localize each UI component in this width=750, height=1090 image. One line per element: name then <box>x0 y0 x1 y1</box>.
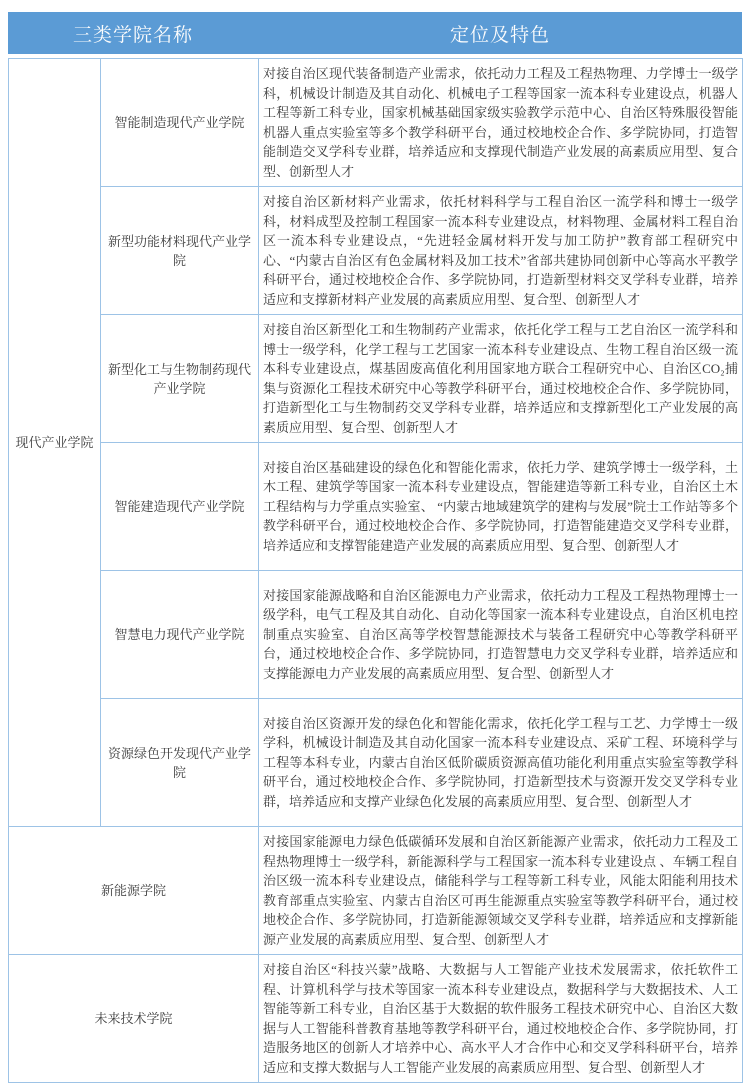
college-desc-cell: 对接国家能源电力绿色低碳循环发展和自治区新能源产业需求，依托动力工程及工程热物理… <box>259 827 743 955</box>
college-desc-cell: 对接自治区新型化工和生物制药产业需求，依托化学工程与工艺自治区一流学科和博士一级… <box>259 315 743 443</box>
college-desc-cell: 对接国家能源战略和自治区能源电力产业需求，依托动力工程及工程热物理博士一级学科，… <box>259 571 743 699</box>
college-name-cell: 新型功能材料现代产业学院 <box>101 187 259 315</box>
header-features: 定位及特色 <box>258 12 742 54</box>
college-desc-cell: 对接自治区新材料产业需求，依托材料科学与工程自治区一流学科和博士一级学科，材料成… <box>259 187 743 315</box>
table-row: 资源绿色开发现代产业学院 对接自治区资源开发的绿色化和智能化需求，依托化学工程与… <box>9 699 743 827</box>
college-name-cell: 未来技术学院 <box>9 955 259 1083</box>
college-name-cell: 智能建造现代产业学院 <box>101 443 259 571</box>
table-row: 智慧电力现代产业学院 对接国家能源战略和自治区能源电力产业需求，依托动力工程及工… <box>9 571 743 699</box>
table-row: 新能源学院 对接国家能源电力绿色低碳循环发展和自治区新能源产业需求，依托动力工程… <box>9 827 743 955</box>
college-name-cell: 智慧电力现代产业学院 <box>101 571 259 699</box>
table-row: 新型化工与生物制药现代产业学院 对接自治区新型化工和生物制药产业需求，依托化学工… <box>9 315 743 443</box>
table-row: 未来技术学院 对接自治区“科技兴蒙”战略、大数据与人工智能产业技术发展需求，依托… <box>9 955 743 1083</box>
college-name-cell: 智能制造现代产业学院 <box>101 59 259 187</box>
table-row: 现代产业学院 智能制造现代产业学院 对接自治区现代装备制造产业需求，依托动力工程… <box>9 59 743 187</box>
college-table: 现代产业学院 智能制造现代产业学院 对接自治区现代装备制造产业需求，依托动力工程… <box>8 58 743 1083</box>
table-row: 智能建造现代产业学院 对接自治区基础建设的绿色化和智能化需求，依托力学、建筑学博… <box>9 443 743 571</box>
group-cell-modern-industry: 现代产业学院 <box>9 59 101 827</box>
college-desc-cell: 对接自治区“科技兴蒙”战略、大数据与人工智能产业技术发展需求，依托软件工程、计算… <box>259 955 743 1083</box>
college-name-cell: 新能源学院 <box>9 827 259 955</box>
table-row: 新型功能材料现代产业学院 对接自治区新材料产业需求，依托材料科学与工程自治区一流… <box>9 187 743 315</box>
college-desc-cell: 对接自治区资源开发的绿色化和智能化需求，依托化学工程与工艺、力学博士一级学科，机… <box>259 699 743 827</box>
college-name-cell: 资源绿色开发现代产业学院 <box>101 699 259 827</box>
page: 三类学院名称 定位及特色 现代产业学院 智能制造现代产业学院 对接自治区现代装备… <box>0 0 750 1090</box>
college-desc-cell: 对接自治区现代装备制造产业需求，依托动力工程及工程热物理、力学博士一级学科，机械… <box>259 59 743 187</box>
college-name-cell: 新型化工与生物制药现代产业学院 <box>101 315 259 443</box>
table-header: 三类学院名称 定位及特色 <box>8 12 742 54</box>
header-college-type: 三类学院名称 <box>8 12 258 54</box>
college-desc-cell: 对接自治区基础建设的绿色化和智能化需求，依托力学、建筑学博士一级学科，土木工程、… <box>259 443 743 571</box>
